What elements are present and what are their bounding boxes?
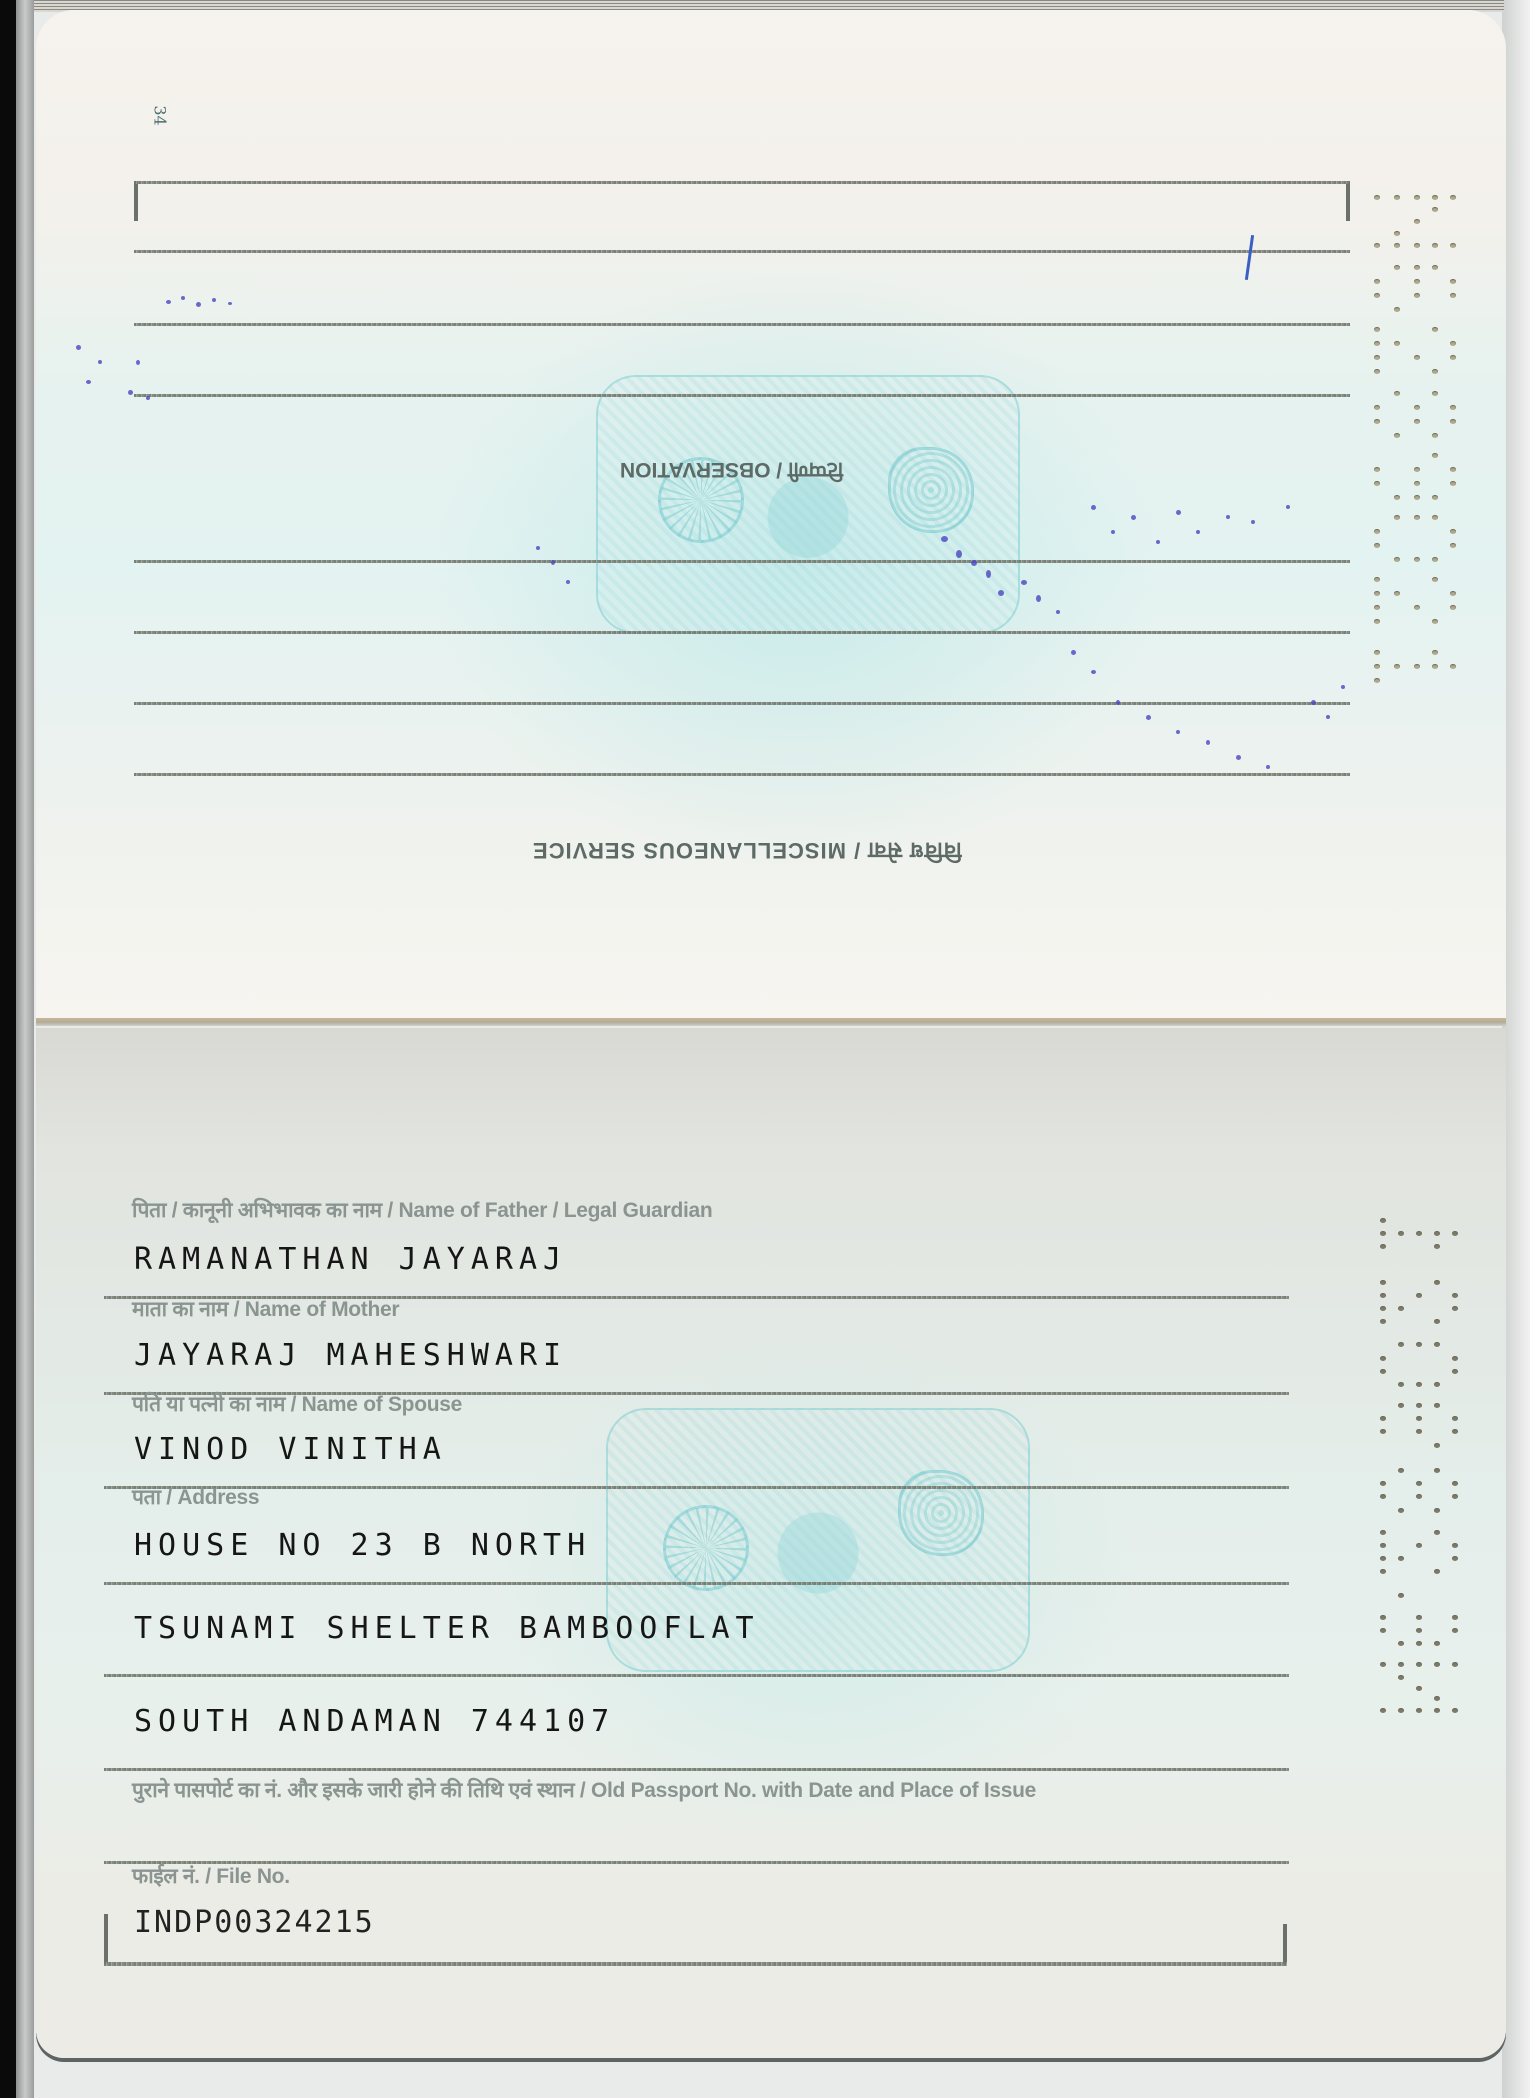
ruled-line [134,181,1350,184]
page-number: 34 [151,105,170,125]
address-label: पता / Address [132,1483,259,1511]
address-line-3: SOUTH ANDAMAN 744107 [134,1704,615,1739]
ruled-line [134,631,1350,634]
file-number-label: फाईल नं. / File No. [132,1862,290,1890]
upper-page: 34 टिप्पणी / OBSERVATION विविध सेवा / MI… [36,10,1506,1023]
address-line-2: TSUNAMI SHELTER BAMBOOFLAT [134,1611,760,1646]
box-bracket-left [104,1914,108,1964]
father-name-label: पिता / कानूनी अभिभावक का नाम / Name of F… [132,1196,712,1224]
dharma-chakra-icon [663,1505,749,1591]
spouse-name-label: पति या पत्नी का नाम / Name of Spouse [132,1390,462,1418]
ruled-line [134,323,1350,326]
ruled-line [134,702,1350,705]
lion-capital-icon [888,447,974,533]
pen-mark [1245,235,1254,280]
ruled-line [134,250,1350,253]
address-line-1: HOUSE NO 23 B NORTH [134,1528,591,1563]
ruled-line [104,1962,1287,1966]
file-number-value: INDP00324215 [134,1905,375,1940]
box-bracket-left [134,181,138,221]
ruled-line [104,1674,1289,1677]
box-bracket-right [1346,181,1350,221]
old-passport-label: पुराने पासपोर्ट का नं. और इसके जारी होने… [132,1776,1036,1804]
passport-spine [16,0,34,2098]
page-fold [36,1018,1506,1026]
spouse-name-value: VINOD VINITHA [134,1432,447,1467]
ruled-line [134,394,1350,397]
ruled-line [134,560,1350,563]
scan-background [1502,0,1530,2098]
section-title: विविध सेवा / MISCELLANEOUS SERVICE [532,836,962,866]
father-name-value: RAMANATHAN JAYARAJ [134,1242,567,1277]
lion-capital-icon [898,1470,984,1556]
scanner-edge [0,0,16,2098]
mother-name-label: माता का नाम / Name of Mother [132,1295,399,1323]
box-bracket-right [1283,1924,1287,1964]
ruled-line [134,773,1350,776]
ashoka-emblem-watermark [596,375,1020,634]
ruled-line [104,1768,1289,1771]
ruled-line [104,1582,1289,1585]
observation-label: टिप्पणी / OBSERVATION [620,456,843,484]
ruled-line [104,1486,1289,1489]
mother-name-value: JAYARAJ MAHESHWARI [134,1338,567,1373]
